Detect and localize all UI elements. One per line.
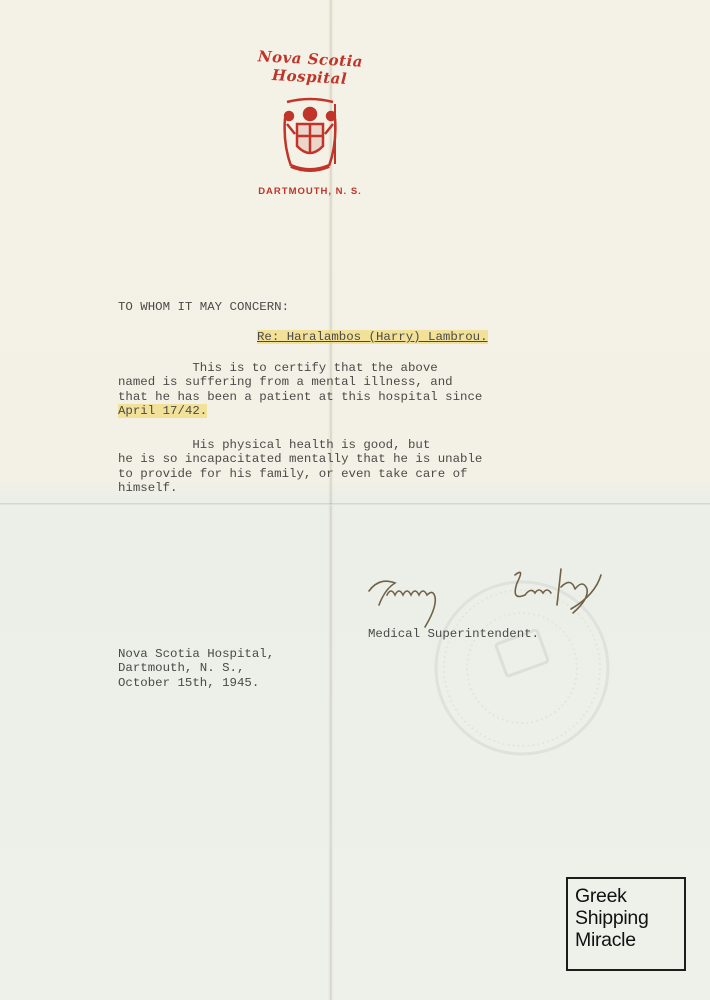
signature-title: Medical Superintendent. [368, 627, 539, 641]
hospital-name: Nova Scotia Hospital [219, 45, 401, 90]
paragraph-line: that he has been a patient at this hospi… [118, 390, 482, 404]
paragraph-certification: This is to certify that the abovenamed i… [118, 361, 482, 419]
paragraph-line: himself. [118, 481, 482, 495]
watermark-line: Miracle [575, 929, 684, 951]
letter-date: October 15th, 1945. [118, 676, 274, 690]
superintendent-signature [365, 565, 625, 635]
paragraph-line: named is suffering from a mental illness… [118, 375, 482, 389]
re-line-text: Re: Haralambos (Harry) Lambrou. [257, 330, 488, 344]
sender-line: Nova Scotia Hospital, [118, 647, 274, 661]
paragraph-line: he is so incapacitated mentally that he … [118, 452, 482, 466]
paragraph-health: His physical health is good, buthe is so… [118, 438, 482, 496]
sender-line: Dartmouth, N. S., [118, 661, 274, 675]
watermark-line: Greek [575, 885, 684, 907]
hospital-location: DARTMOUTH, N. S. [220, 186, 400, 197]
paragraph-line: This is to certify that the above [118, 361, 482, 375]
admission-date: April 17/42. [118, 404, 207, 418]
paragraph-line: to provide for his family, or even take … [118, 467, 482, 481]
salutation: TO WHOM IT MAY CONCERN: [118, 300, 289, 314]
paragraph-line: His physical health is good, but [118, 438, 482, 452]
re-line: Re: Haralambos (Harry) Lambrou. [257, 330, 488, 344]
coat-of-arms-icon [279, 94, 341, 176]
sender-block: Nova Scotia Hospital,Dartmouth, N. S.,Oc… [118, 647, 274, 690]
horizontal-fold-crease [0, 503, 710, 506]
letterhead: Nova Scotia Hospital DARTMOUTH, N. S. [220, 50, 400, 197]
watermark-line: Shipping [575, 907, 684, 929]
paragraph-line: April 17/42. [118, 404, 482, 418]
watermark-badge: Greek Shipping Miracle [566, 877, 686, 971]
